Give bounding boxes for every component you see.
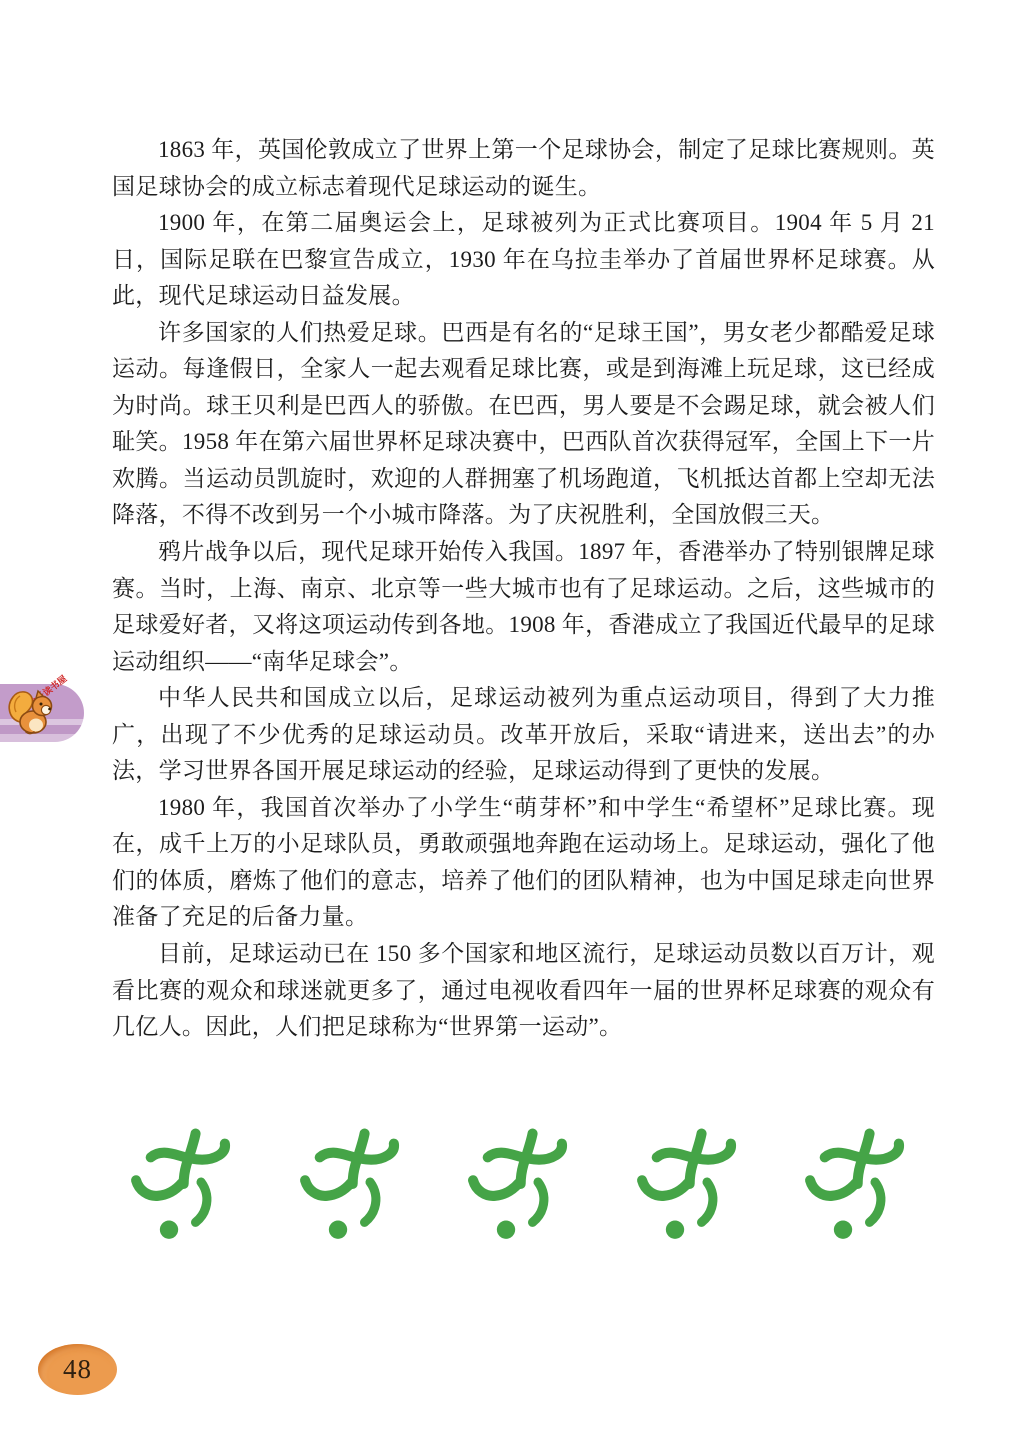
soccer-player-icon bbox=[295, 1124, 403, 1242]
paragraph: 1980 年，我国首次举办了小学生“萌芽杯”和中学生“希望杯”足球比赛。现在，成… bbox=[112, 790, 935, 936]
reading-tab: 快乐读书屋 bbox=[0, 684, 84, 742]
soccer-player-icon bbox=[126, 1124, 234, 1242]
soccer-player-icon bbox=[463, 1124, 571, 1242]
paragraph: 1900 年，在第二届奥运会上，足球被列为正式比赛项目。1904 年 5 月 2… bbox=[112, 205, 935, 315]
page-number: 48 bbox=[63, 1354, 92, 1385]
page-root: { "article": { "paragraphs": [ "1863 年，英… bbox=[0, 0, 1024, 1439]
footer-decoration-row bbox=[126, 1124, 908, 1246]
paragraph: 1863 年，英国伦敦成立了世界上第一个足球协会，制定了足球比赛规则。英国足球协… bbox=[112, 132, 935, 205]
paragraph: 目前，足球运动已在 150 多个国家和地区流行，足球运动员数以百万计，观看比赛的… bbox=[112, 936, 935, 1046]
paragraph: 中华人民共和国成立以后，足球运动被列为重点运动项目，得到了大力推广，出现了不少优… bbox=[112, 680, 935, 790]
soccer-player-icon bbox=[632, 1124, 740, 1242]
soccer-player-icon bbox=[800, 1124, 908, 1242]
paragraph: 许多国家的人们热爱足球。巴西是有名的“足球王国”，男女老少都酷爱足球运动。每逢假… bbox=[112, 315, 935, 534]
page-number-badge: 48 bbox=[38, 1344, 117, 1395]
article: 1863 年，英国伦敦成立了世界上第一个足球协会，制定了足球比赛规则。英国足球协… bbox=[112, 132, 935, 1046]
squirrel-icon bbox=[6, 682, 58, 740]
paragraph: 鸦片战争以后，现代足球开始传入我国。1897 年，香港举办了特别银牌足球赛。当时… bbox=[112, 534, 935, 680]
